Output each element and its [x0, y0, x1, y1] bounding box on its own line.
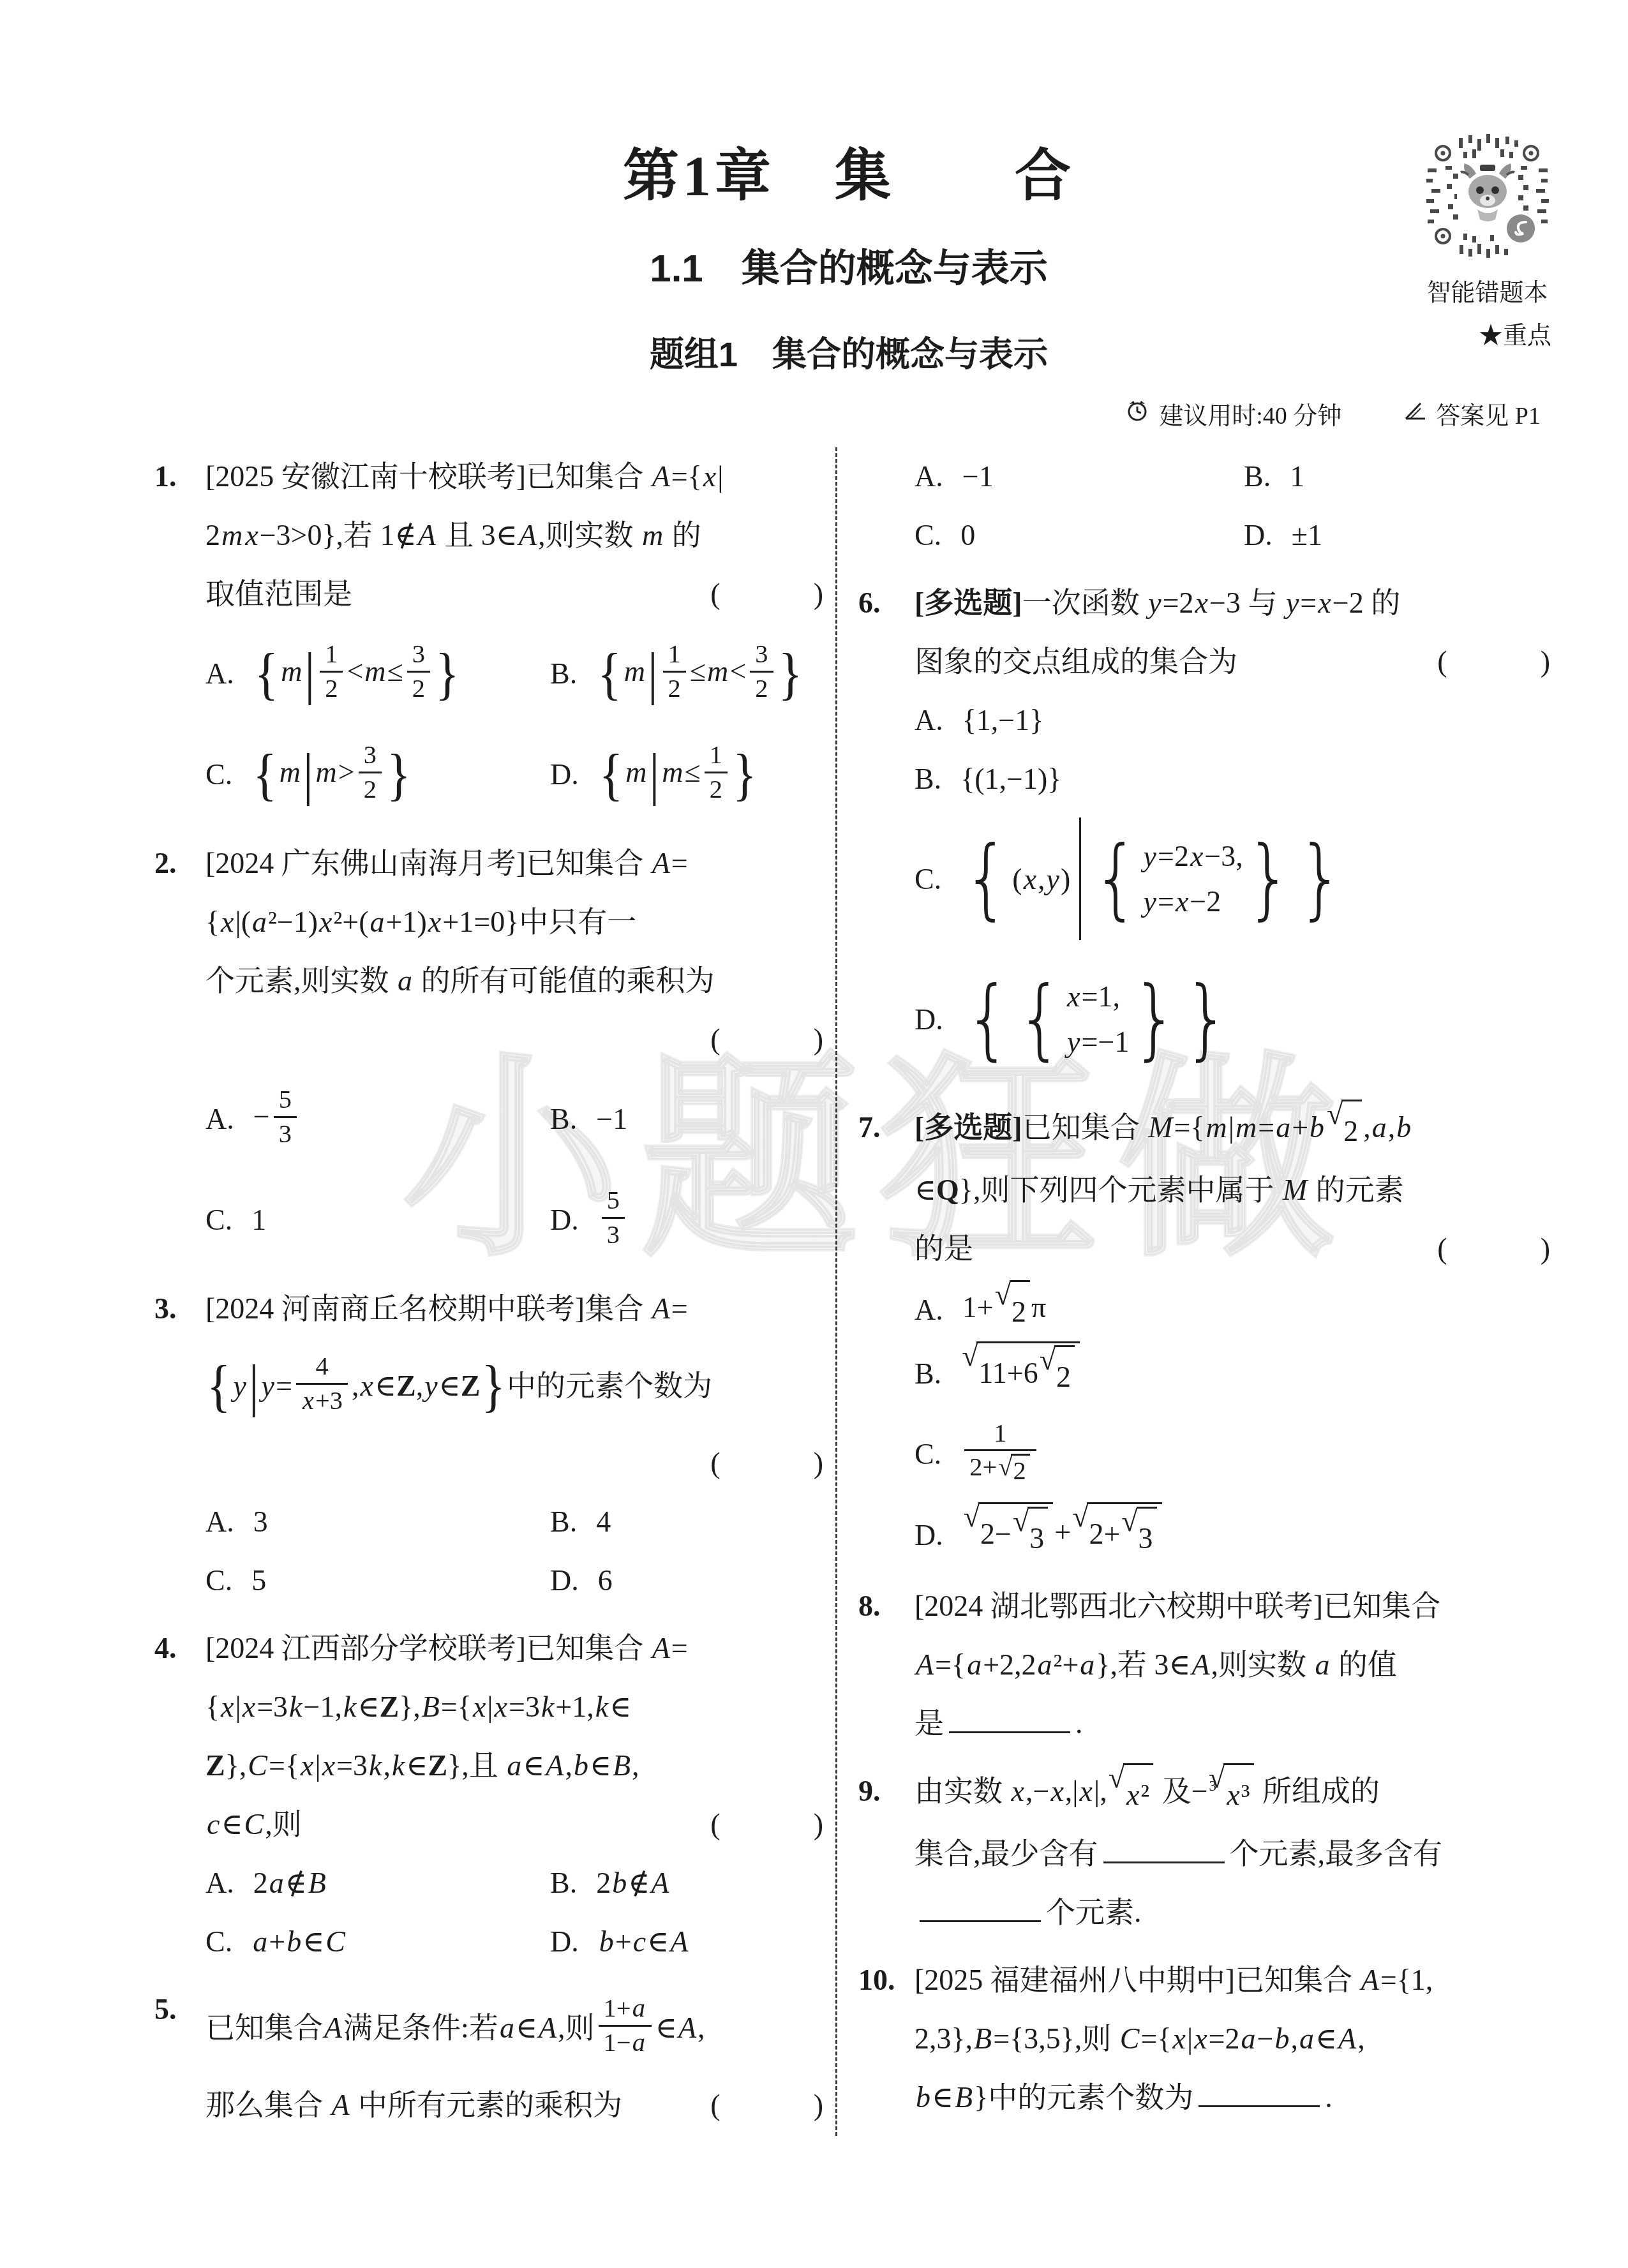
right-column: A.−1 B.1 C.0 D.±1 6. [多选题]一次函数 y=2x−3 与 …	[835, 447, 1551, 2136]
key-point-badge: ★重点	[1422, 315, 1553, 350]
big-brace-open: {	[1093, 839, 1139, 918]
option-C: C.{m|m>32}	[205, 724, 550, 825]
question-text: 的是 ( )	[915, 1220, 1551, 1278]
options-row: C.1 D.53	[205, 1170, 825, 1271]
option-D: D.√2−√3+√2+√3	[915, 1502, 1551, 1567]
answer-paren: ( )	[1437, 1220, 1551, 1278]
big-brace-close: }	[1246, 839, 1292, 918]
question-text: 2mx−3>0},若 1∉A 且 3∈A,则实数 m 的	[205, 506, 825, 565]
question-number: 6.	[858, 574, 881, 632]
question-number: 10.	[858, 1951, 895, 2010]
option-A: A.{1,−1}	[915, 691, 1551, 750]
option-C: C. { (x,y) { y=2x−3, y=x−2 } }	[915, 809, 1551, 949]
answer-paren: ( )	[710, 2076, 825, 2135]
option-D: D.{m|m≤12}	[550, 724, 758, 825]
option-B: B.√11+6√2	[915, 1341, 1551, 1406]
answer-reference: 答案见 P1	[1436, 396, 1541, 431]
chapter-title: 第1章 集 合	[147, 131, 1551, 211]
answer-paren: ( )	[1437, 632, 1551, 691]
question-1: 1. [2025 安徽江南十校联考]已知集合 A={x| 2mx−3>0},若 …	[147, 447, 825, 825]
answer-corner-icon	[1404, 399, 1427, 428]
options-row: A.2a∉B B.2b∉A	[205, 1854, 825, 1913]
question-text: Z},C={x|x=3k,k∈Z},且 a∈A,b∈B,	[205, 1736, 825, 1795]
option-B: B.4	[550, 1493, 611, 1551]
question-text: 个元素,则实数 a 的所有可能值的乘积为	[205, 951, 825, 1010]
big-brace-close: }	[1184, 980, 1230, 1059]
question-text: [2025 安徽江南十校联考]已知集合 A={x|	[205, 447, 825, 506]
qr-caption: 智能错题本	[1422, 272, 1553, 308]
question-text: [2024 江西部分学校联考]已知集合 A=	[205, 1619, 825, 1678]
section-title: 1.1 集合的概念与表示	[147, 238, 1551, 293]
question-text: [2025 福建福州八中期中]已知集合 A={1,	[915, 1951, 1551, 2010]
question-4: 4. [2024 江西部分学校联考]已知集合 A= {x|x=3k−1,k∈Z}…	[147, 1619, 825, 1971]
answer-paren: ( )	[710, 1434, 825, 1493]
answer-paren: ( )	[710, 565, 825, 623]
question-5: 5. 已知集合 A 满足条件:若 a∈A,则1+a1−a∈A, 那么集合 A 中…	[147, 1980, 825, 2135]
question-number: 1.	[154, 447, 177, 506]
qr-block: 智能错题本 ★重点	[1422, 133, 1553, 350]
question-text: 由实数 x,−x,|x|,√x² 及−3√x³ 所组成的	[915, 1762, 1551, 1824]
question-number: 7.	[858, 1098, 881, 1157]
question-text: 集合,最少含有个元素,最多含有	[915, 1824, 1551, 1883]
option-B: B.{(1,−1)}	[915, 750, 1551, 809]
big-brace-close: }	[1131, 980, 1178, 1059]
question-text: [多选题]一次函数 y=2x−3 与 y=x−2 的	[915, 574, 1551, 632]
question-number: 8.	[858, 1577, 881, 1636]
option-A: A.1+√2π	[915, 1278, 1551, 1341]
question-text: 2,3},B={3,5},则 C={x|x=2a−b,a∈A,	[915, 2010, 1551, 2068]
option-D: D.±1	[1244, 506, 1322, 565]
question-text: A={a+2,2a²+a},若 3∈A,则实数 a 的值	[915, 1636, 1551, 1694]
question-6: 6. [多选题]一次函数 y=2x−3 与 y=x−2 的 图象的交点组成的集合…	[856, 574, 1551, 1089]
big-bar	[1079, 817, 1081, 940]
question-8: 8. [2024 湖北鄂西北六校期中联考]已知集合 A={a+2,2a²+a},…	[856, 1577, 1551, 1753]
option-C: C.1	[205, 1170, 550, 1271]
question-text: 已知集合 A 满足条件:若 a∈A,则1+a1−a∈A,	[205, 1980, 825, 2076]
question-5-options: A.−1 B.1 C.0 D.±1	[856, 447, 1551, 565]
question-3: 3. [2024 河南商丘名校期中联考]集合 A= {y|y=4x+3,x∈Z,…	[147, 1279, 825, 1610]
question-text: [2024 河南商丘名校期中联考]集合 A=	[205, 1279, 825, 1338]
answer-paren-line: ( )	[205, 1010, 825, 1069]
question-text: [2024 广东佛山南海月考]已知集合 A=	[205, 834, 825, 893]
question-text: {x|(a²−1)x²+(a+1)x+1=0}中只有一	[205, 893, 825, 951]
option-B: B.1	[1244, 447, 1304, 506]
workbook-page: 小题狂做 第1章 集 合 1.1 集合的概念与表示 题组1 集合的概念与表示 建…	[0, 0, 1628, 2268]
question-text: 个元素.	[915, 1883, 1551, 1942]
option-A: A.{m|12<m≤32}	[205, 623, 550, 724]
option-D: D.b+c∈A	[550, 1913, 689, 1971]
option-A: A.3	[205, 1493, 550, 1551]
question-text: {x|x=3k−1,k∈Z},B={x|x=3k+1,k∈	[205, 1678, 825, 1736]
question-text: [2024 湖北鄂西北六校期中联考]已知集合	[915, 1577, 1551, 1636]
options-row: C.5 D.6	[205, 1551, 825, 1610]
option-A: A.−1	[915, 447, 1244, 506]
option-B: B.−1	[550, 1069, 627, 1170]
options-row: C.a+b∈C D.b+c∈A	[205, 1913, 825, 1971]
content-columns: 1. [2025 安徽江南十校联考]已知集合 A={x| 2mx−3>0},若 …	[147, 447, 1551, 2144]
question-9: 9. 由实数 x,−x,|x|,√x² 及−3√x³ 所组成的 集合,最少含有个…	[856, 1762, 1551, 1942]
question-text: {y|y=4x+3,x∈Z,y∈Z}中的元素个数为	[205, 1338, 825, 1434]
options-row: A.−1 B.1	[915, 447, 1551, 506]
question-text: 取值范围是 ( )	[205, 565, 825, 623]
question-text: ∈Q},则下列四个元素中属于 M 的元素	[915, 1161, 1551, 1220]
option-D: D.53	[550, 1170, 629, 1271]
question-number: 2.	[154, 834, 177, 893]
question-number: 9.	[858, 1762, 881, 1821]
page-header: 第1章 集 合 1.1 集合的概念与表示 题组1 集合的概念与表示 建议用时:4…	[147, 131, 1551, 431]
question-7: 7. [多选题]已知集合 M={m|m=a+b√2,a,b ∈Q},则下列四个元…	[856, 1098, 1551, 1568]
question-number: 3.	[154, 1279, 177, 1338]
question-2: 2. [2024 广东佛山南海月考]已知集合 A= {x|(a²−1)x²+(a…	[147, 834, 825, 1271]
question-text: c∈C,则 ( )	[205, 1795, 825, 1854]
options-row: C.0 D.±1	[915, 506, 1551, 565]
option-C: C.12+√2	[915, 1406, 1551, 1502]
answer-paren-line: ( )	[205, 1434, 825, 1493]
question-text: 图象的交点组成的集合为 ( )	[915, 632, 1551, 691]
options-row: C.{m|m>32} D.{m|m≤12}	[205, 724, 825, 825]
question-number: 4.	[154, 1619, 177, 1678]
answer-paren: ( )	[710, 1795, 825, 1854]
option-A: A.−53	[205, 1069, 550, 1170]
option-D: D.6	[550, 1551, 613, 1610]
options-row: A.{m|12<m≤32} B.{m|12≤m<32}	[205, 623, 825, 724]
question-text: b∈B}中的元素个数为.	[915, 2068, 1551, 2127]
question-text: [多选题]已知集合 M={m|m=a+b√2,a,b	[915, 1098, 1551, 1161]
big-brace-open: {	[965, 980, 1012, 1059]
suggested-time: 建议用时:40 分钟	[1159, 396, 1341, 431]
question-text: 是.	[915, 1694, 1551, 1753]
answer-paren: ( )	[710, 1010, 825, 1069]
clock-icon	[1124, 398, 1150, 429]
meta-row: 建议用时:40 分钟 答案见 P1	[147, 396, 1551, 431]
option-B: B.{m|12≤m<32}	[550, 623, 803, 724]
option-D: D. { { x=1, y=−1 } }	[915, 949, 1551, 1089]
option-C: C.0	[915, 506, 1244, 565]
group-title: 题组1 集合的概念与表示	[147, 327, 1551, 377]
option-C: C.a+b∈C	[205, 1913, 550, 1971]
big-brace-close: }	[1297, 839, 1344, 918]
option-C: C.5	[205, 1551, 550, 1610]
left-column: 1. [2025 安徽江南十校联考]已知集合 A={x| 2mx−3>0},若 …	[147, 447, 825, 2144]
qr-code-icon	[1424, 234, 1551, 267]
big-brace-open: {	[963, 839, 1010, 918]
option-A: A.2a∉B	[205, 1854, 550, 1913]
big-brace-open: {	[1017, 980, 1063, 1059]
question-number: 5.	[154, 1980, 177, 2039]
options-row: A.−53 B.−1	[205, 1069, 825, 1170]
option-B: B.2b∉A	[550, 1854, 670, 1913]
question-10: 10. [2025 福建福州八中期中]已知集合 A={1, 2,3},B={3,…	[856, 1951, 1551, 2127]
question-text: 那么集合 A 中所有元素的乘积为 ( )	[205, 2076, 825, 2135]
options-row: A.3 B.4	[205, 1493, 825, 1551]
